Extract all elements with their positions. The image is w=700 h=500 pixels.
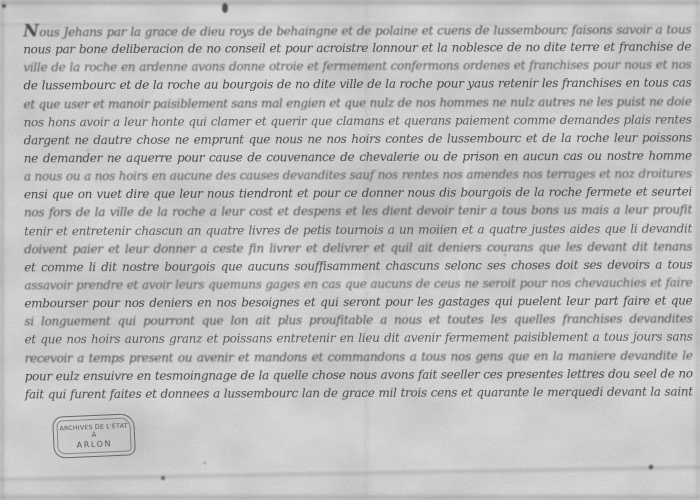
manuscript-photo: Nous Jehans par la grace de dieu roys de… bbox=[0, 0, 700, 500]
stamp-line-preposition: À bbox=[91, 431, 96, 438]
manuscript-line: fait qui furent faites et donnees a luss… bbox=[25, 382, 693, 403]
archive-stamp: ARCHIVES DE L'ÉTAT À ARLON bbox=[52, 413, 136, 459]
manuscript-text: Nous Jehans par la grace de dieu roys de… bbox=[23, 20, 693, 404]
stamp-line-city: ARLON bbox=[76, 439, 112, 450]
